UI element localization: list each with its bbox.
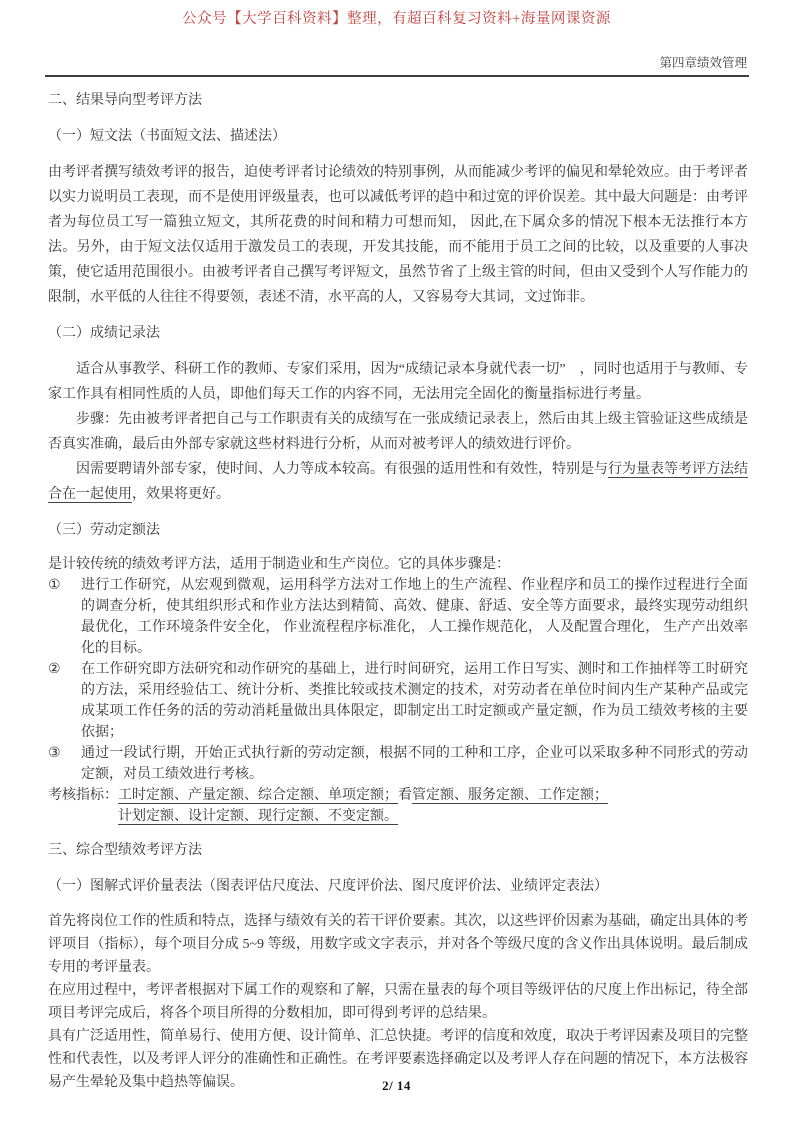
indicators-label: 考核指标： [48,785,118,827]
section3-sub1-paragraphs: 首先将岗位工作的性质和特点，选择与绩效有关的若干评价要素。其次，以这些评价因素为… [48,910,748,1094]
item-1-marker: ① [48,575,81,659]
assessment-indicators: 考核指标： 工时定额、产量定额、综合定额、单项定额；看管定额、服务定额、工作定额… [48,785,748,827]
document-body: 二、结果导向型考评方法 （一）短文法（书面短文法、描述法） 由考评者撰写绩效考评… [48,88,748,1094]
sub2-paragraph-1: 适合从事教学、科研工作的教师、专家们采用，因为“成绩记录本身就代表一切” ，同时… [48,357,748,407]
section2-sub3-body: 是计较传统的绩效考评方法，适用于制造业和生产岗位。它的具体步骤是： ① 进行工作… [48,554,748,827]
sub2-paragraph-2: 步骤：先由被考评者把自己与工作职责有关的成绩写在一张成绩记录表上，然后由其上级主… [48,407,748,457]
numbered-item-1: ① 进行工作研究，从宏观到微观，运用科学方法对工作地上的生产流程、作业程序和员工… [48,575,748,659]
item-3-marker: ③ [48,743,81,785]
indicators-gap-text: 看 [398,788,412,803]
sub3-intro: 是计较传统的绩效考评方法，适用于制造业和生产岗位。它的具体步骤是： [48,554,748,575]
sub1-paragraph-2: 在应用过程中，考评者根据对下属工作的观察和了解，只需在量表的每个项目等级评估的尺… [48,979,748,1025]
section2-title: 二、结果导向型考评方法 [48,88,748,113]
section2-sub1-paragraph: 由考评者撰写绩效考评的报告，迫使考评者讨论绩效的特别事例，从而能减少考评的偏见和… [48,160,748,310]
indicators-body: 工时定额、产量定额、综合定额、单项定额；看管定额、服务定额、工作定额； 计划定额… [118,785,748,827]
section2-sub2-title: （二）成绩记录法 [48,321,748,346]
section3-sub1-title: （一）图解式评价量表法（图表评估尺度法、尺度评价法、图尺度评价法、业绩评定表法） [48,874,748,899]
page-number: 2/ 14 [0,1078,793,1094]
watermark-text: 公众号【大学百科资料】整理，有超百科复习资料+海量网课资源 [0,0,793,28]
section2-sub3-title: （三）劳动定额法 [48,518,748,543]
indicators-underline-1: 工时定额、产量定额、综合定额、单项定额； [118,788,398,803]
numbered-item-3: ③ 通过一段试行期，开始正式执行新的劳动定额，根据不同的工种和工序，企业可以采取… [48,743,748,785]
indicators-underline-2: 管定额、服务定额、工作定额； [412,788,608,803]
section2-sub2-paragraphs: 适合从事教学、科研工作的教师、专家们采用，因为“成绩记录本身就代表一切” ，同时… [48,357,748,507]
section2-sub1-title: （一）短文法（书面短文法、描述法） [48,124,748,149]
indicators-line-1: 工时定额、产量定额、综合定额、单项定额；看管定额、服务定额、工作定额； [118,785,748,806]
chapter-header: 第四章绩效管理 [0,53,747,71]
item-2-text: 在工作研究即方法研究和动作研究的基础上，进行时间研究，运用工作日写实、测时和工作… [81,659,748,743]
header-rule [45,75,749,77]
sub2-p3-tail-text: ，效果将更好。 [132,487,230,502]
indicators-underline-3: 计划定额、设计定额、现行定额、不变定额。 [118,809,398,824]
sub1-paragraph-1: 首先将岗位工作的性质和特点，选择与绩效有关的若干评价要素。其次，以这些评价因素为… [48,910,748,979]
indicators-line-2: 计划定额、设计定额、现行定额、不变定额。 [118,806,748,827]
item-1-text: 进行工作研究，从宏观到微观，运用科学方法对工作地上的生产流程、作业程序和员工的操… [81,575,748,659]
item-3-text: 通过一段试行期，开始正式执行新的劳动定额，根据不同的工种和工序，企业可以采取多种… [81,743,748,785]
item-2-marker: ② [48,659,81,743]
sub2-p3-text: 因需要聘请外部专家，使时间、人力等成本较高。有很强的适用性和有效性，特别是与 [76,462,608,477]
section3-title: 三、综合型绩效考评方法 [48,838,748,863]
sub2-paragraph-3: 因需要聘请外部专家，使时间、人力等成本较高。有很强的适用性和有效性，特别是与行为… [48,457,748,507]
numbered-item-2: ② 在工作研究即方法研究和动作研究的基础上，进行时间研究，运用工作日写实、测时和… [48,659,748,743]
